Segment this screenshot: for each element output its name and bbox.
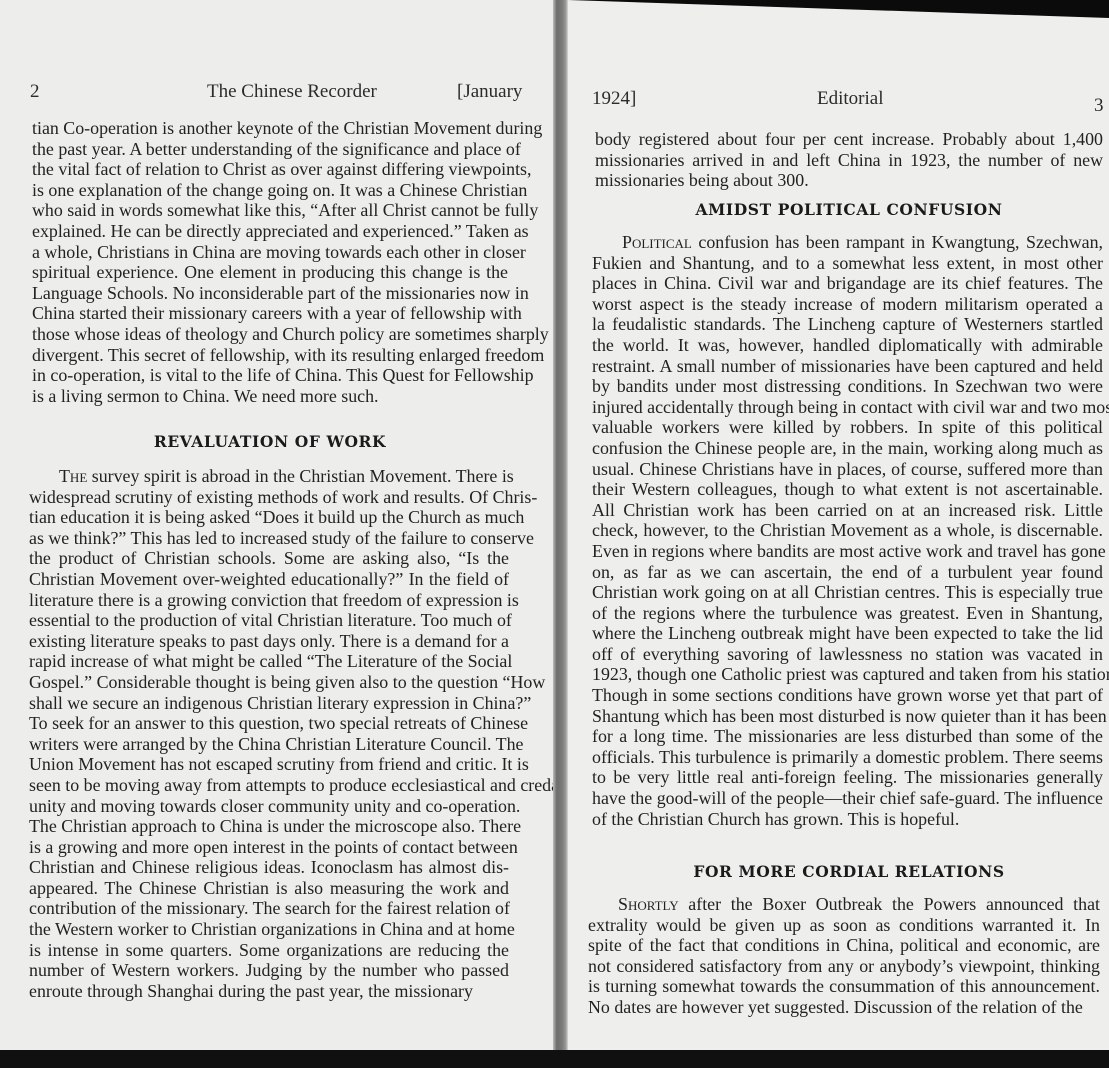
text-line: body registered about four per cent incr…	[595, 129, 1103, 150]
section-body-political-confusion: Political confusion has been rampant in …	[592, 232, 1103, 829]
text-line: missionaries being about 300.	[595, 170, 1103, 191]
text-line: spite of the fact that conditions in Chi…	[588, 935, 1100, 956]
text-line: by bandits under most distressing condit…	[592, 376, 1103, 397]
right-running-date: 1924]	[592, 88, 636, 110]
text-line: Christian Movement over-weighted educati…	[29, 569, 509, 590]
text-line: extrality would be given up as soon as c…	[588, 915, 1100, 936]
section-heading-revaluation: REVALUATION OF WORK	[32, 432, 508, 451]
text-line: number of Western workers. Judging by th…	[29, 960, 509, 981]
lead-word-smallcaps: Political	[622, 232, 692, 252]
left-running-date: [January	[457, 81, 522, 103]
text-line: unity and moving towards closer communit…	[29, 796, 509, 817]
left-page-number: 2	[30, 81, 40, 103]
text-line: the product of Christian schools. Some a…	[29, 548, 509, 569]
lead-word-smallcaps: The	[59, 466, 87, 486]
text-line: check, however, to the Christian Movemen…	[592, 520, 1103, 541]
scan-bottom-edge	[0, 1050, 1109, 1068]
text-line: on, as far as we can ascertain, the end …	[592, 562, 1103, 583]
text-line: essential to the production of vital Chr…	[29, 610, 509, 631]
text-line: where the Lincheng outbreak might have b…	[592, 623, 1103, 644]
text-line: The Christian approach to China is under…	[29, 816, 509, 837]
text-line: Union Movement has not escaped scrutiny …	[29, 754, 509, 775]
text-line: The survey spirit is abroad in the Chris…	[29, 466, 509, 487]
text-line: rapid increase of what might be called “…	[29, 651, 509, 672]
text-line: those whose ideas of theology and Church…	[32, 324, 508, 345]
text-line: enroute through Shanghai during the past…	[29, 981, 509, 1002]
text-line: the vital fact of relation to Christ as …	[32, 159, 508, 180]
text-line: Shortly after the Boxer Outbreak the Pow…	[588, 894, 1100, 915]
text-line: All Christian work has been carried on a…	[592, 500, 1103, 521]
text-line: 1923, though one Catholic priest was cap…	[592, 664, 1103, 685]
text-line: for a long time. The missionaries are le…	[592, 726, 1103, 747]
text-line: the past year. A better understanding of…	[32, 139, 508, 160]
text-line: literature there is a growing conviction…	[29, 590, 509, 611]
text-line: Christian and Chinese religious ideas. I…	[29, 857, 509, 878]
text-line: of the Christian Church has grown. This …	[592, 809, 1103, 830]
text-line: China started their missionary careers w…	[32, 303, 508, 324]
text-line: Fukien and Shantung, and to a somewhat l…	[592, 253, 1103, 274]
right-page-number: 3	[1094, 95, 1104, 117]
text-line: usual. Chinese Christians have in places…	[592, 459, 1103, 480]
text-line: officials. This turbulence is primarily …	[592, 747, 1103, 768]
text-line: off of everything savoring of lawlessnes…	[592, 644, 1103, 665]
book-spine-gutter	[553, 0, 568, 1052]
book-spread: 2 The Chinese Recorder [January tian Co-…	[0, 0, 1109, 1068]
right-page: 1924] Editorial 3 body registered about …	[568, 0, 1109, 1058]
text-line: seen to be moving away from attempts to …	[29, 775, 509, 796]
text-line: Christian work going on at all Christian…	[592, 582, 1103, 603]
text-line: the Western worker to Christian organiza…	[29, 919, 509, 940]
text-line: a whole, Christians in China are moving …	[32, 242, 508, 263]
text-line: Shantung which has been most disturbed i…	[592, 706, 1103, 727]
text-line: To seek for an answer to this question, …	[29, 713, 509, 734]
text-line: of the regions where the turbulence was …	[592, 603, 1103, 624]
text-line: confusion the Chinese people are, in the…	[592, 438, 1103, 459]
right-running-title: Editorial	[817, 88, 883, 110]
text-line: explained. He can be directly appreciate…	[32, 221, 508, 242]
text-line: is a growing and more open interest in t…	[29, 837, 509, 858]
text-line: shall we secure an indigenous Christian …	[29, 693, 509, 714]
text-line: writers were arranged by the China Chris…	[29, 734, 509, 755]
text-line: existing literature speaks to past days …	[29, 631, 509, 652]
section-heading-political-confusion: AMIDST POLITICAL CONFUSION	[595, 200, 1103, 219]
text-line: valuable workers were killed by robbers.…	[592, 417, 1103, 438]
text-line: is one explanation of the change going o…	[32, 180, 508, 201]
right-continued-paragraph: body registered about four per cent incr…	[595, 129, 1103, 191]
section-heading-cordial-relations: FOR MORE CORDIAL RELATIONS	[595, 862, 1103, 881]
text-line: the world. It was, however, handled dipl…	[592, 335, 1103, 356]
text-line: is intense in some quarters. Some organi…	[29, 940, 509, 961]
text-line: contribution of the missionary. The sear…	[29, 898, 509, 919]
text-line: divergent. This secret of fellowship, wi…	[32, 345, 508, 366]
text-line: in co-operation, is vital to the life of…	[32, 365, 508, 386]
section-body-cordial-relations: Shortly after the Boxer Outbreak the Pow…	[588, 894, 1100, 1018]
text-line: places in China. Civil war and brigandag…	[592, 273, 1103, 294]
text-line: Though in some sections conditions have …	[592, 685, 1103, 706]
left-page: 2 The Chinese Recorder [January tian Co-…	[0, 0, 553, 1052]
text-line: widespread scrutiny of existing methods …	[29, 487, 509, 508]
left-continued-paragraph: tian Co-operation is another keynote of …	[32, 118, 508, 406]
text-line: to be very little real anti-foreign feel…	[592, 767, 1103, 788]
text-line: missionaries arrived in and left China i…	[595, 150, 1103, 171]
text-line: Even in regions where bandits are most a…	[592, 541, 1103, 562]
text-line: tian education it is being asked “Does i…	[29, 507, 509, 528]
text-line: No dates are however yet suggested. Disc…	[588, 997, 1100, 1018]
section-body-revaluation: The survey spirit is abroad in the Chris…	[29, 466, 509, 1001]
text-line: tian Co-operation is another keynote of …	[32, 118, 508, 139]
left-running-title: The Chinese Recorder	[207, 81, 377, 103]
text-line: worst aspect is the steady increase of m…	[592, 294, 1103, 315]
text-line: is turning somewhat towards the consumma…	[588, 976, 1100, 997]
text-line: Political confusion has been rampant in …	[592, 232, 1103, 253]
text-line: restraint. A small number of missionarie…	[592, 356, 1103, 377]
text-line: have the good-will of the people—their c…	[592, 788, 1103, 809]
text-line: Gospel.” Considerable thought is being g…	[29, 672, 509, 693]
text-line: appeared. The Chinese Christian is also …	[29, 878, 509, 899]
text-line: their Western colleagues, though to what…	[592, 479, 1103, 500]
text-line: injured accidentally through being in co…	[592, 397, 1103, 418]
text-line: as we think?” This has led to increased …	[29, 528, 509, 549]
text-line: not considered satisfactory from any or …	[588, 956, 1100, 977]
lead-word-smallcaps: Shortly	[618, 894, 679, 914]
text-line: spiritual experience. One element in pro…	[32, 262, 508, 283]
text-line: la feudalistic standards. The Lincheng c…	[592, 314, 1103, 335]
text-line: who said in words somewhat like this, “A…	[32, 200, 508, 221]
text-line: is a living sermon to China. We need mor…	[32, 386, 508, 407]
text-line: Language Schools. No inconsiderable part…	[32, 283, 508, 304]
